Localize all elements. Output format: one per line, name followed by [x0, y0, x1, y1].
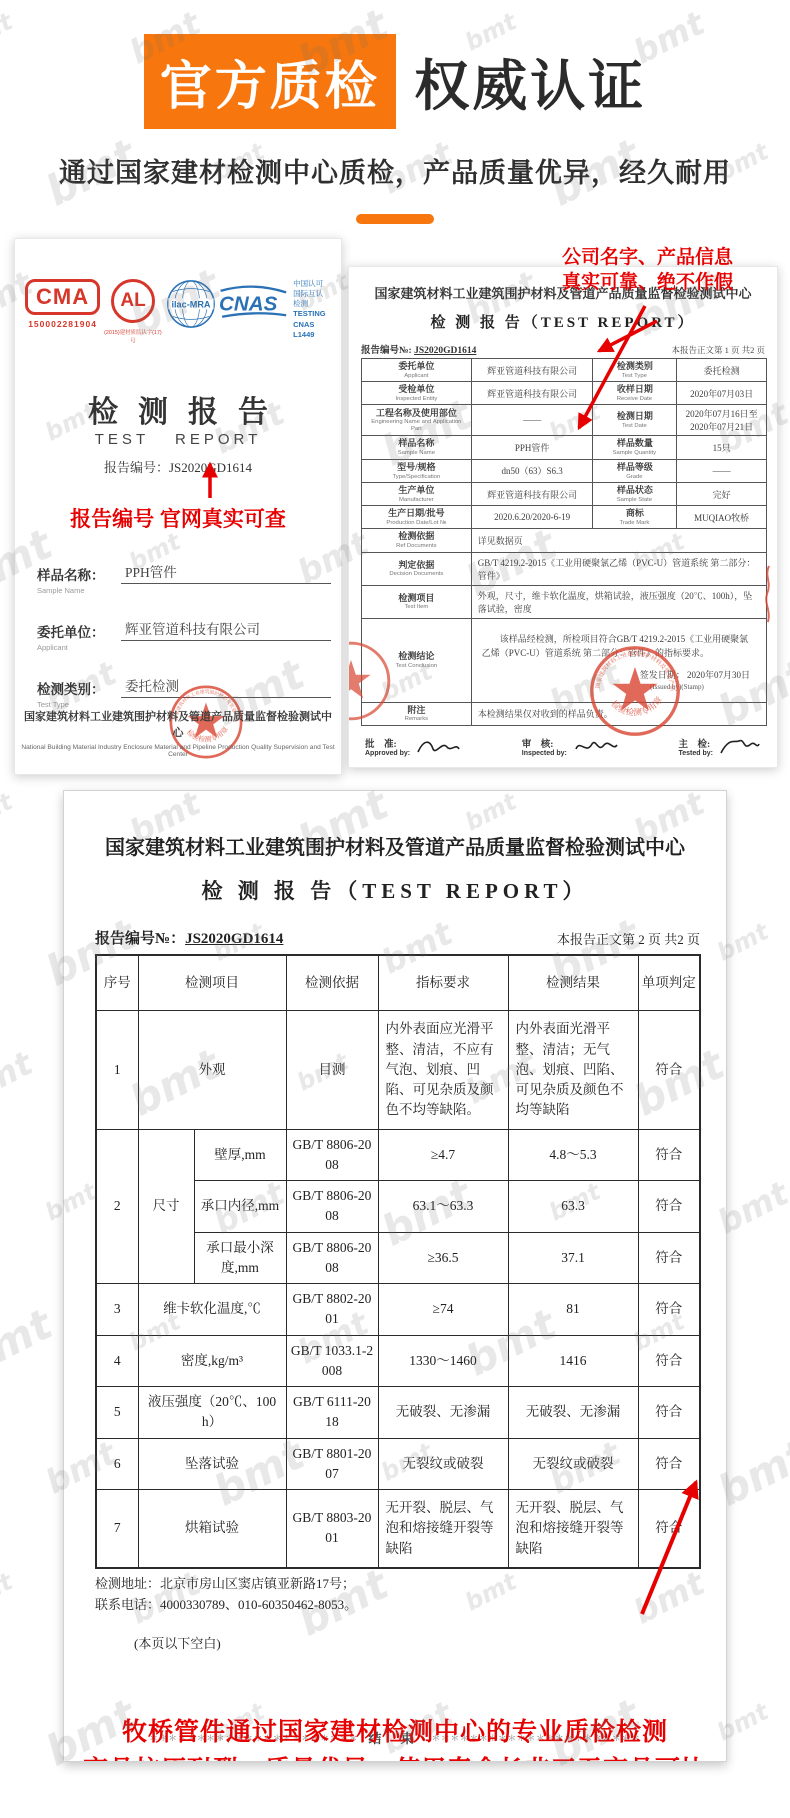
table-row-vicat: 3 维卡软化温度,℃ GB/T 8802-2001 ≥74 81 符合: [96, 1284, 700, 1336]
cover-title-en: TEST REPORT: [15, 431, 341, 448]
table-row: 受检单位Inspected Entity 辉亚管道科技有限公司 收样日期Rece…: [362, 382, 767, 405]
watermark-text: bmt: [0, 1043, 39, 1111]
table-row-wall-thickness: 2 尺寸 壁厚,mm GB/T 8806-2008 ≥4.7 4.8～5.3 符…: [96, 1129, 700, 1181]
page2-page-info: 本报告正文第 2 页 共2 页: [557, 929, 700, 948]
edge-stamp-icon: [348, 639, 393, 723]
al-logo: AL: [111, 279, 155, 323]
table-row: 生产单位Manufacturer 辉亚管道科技有限公司 样品状态Sample S…: [362, 482, 767, 505]
page1-signatures: 批 准:Approved by: 审 核:Inspected by: 主 检:T…: [365, 735, 761, 759]
red-mark-icon: [761, 562, 775, 632]
signature-icon: [717, 735, 761, 759]
tested-by: 主 检:Tested by:: [679, 735, 762, 759]
subtitle: 通过国家建材检测中心质检，产品质量优异，经久耐用: [0, 151, 790, 190]
col-header-result: 检测结果: [508, 955, 638, 1011]
cover-footer: 国家建筑材料工业建筑围护材料及管道产品质量监督检验测试中心 National B…: [21, 708, 335, 758]
authenticity-annotation: 公司名字、产品信息 真实可靠、绝不作假: [562, 246, 733, 295]
cnas-logo-block: CNAS 中国认可 国际互认 检测 TESTING CNAS L1449: [216, 279, 335, 340]
table-row: 委托单位Applicant 辉亚管道科技有限公司 检测类别Test Type 委…: [362, 359, 767, 382]
table-row: 样品名称Sample Name PPH管件 样品数量Sample Quantit…: [362, 436, 767, 459]
signature-icon: [414, 735, 462, 759]
title-highlight: 官方质检: [144, 34, 396, 129]
accreditation-logos: CMA 150002281904 AL (2015)建材质监认字(17)号: [25, 279, 335, 345]
page2-org: 国家建筑材料工业建筑围护材料及管道产品质量监督检验测试中心: [64, 831, 726, 860]
col-header-requirement: 指标要求: [378, 955, 508, 1011]
col-header-no: 序号: [96, 955, 138, 1011]
page2-title: 检 测 报 告（TEST REPORT）: [64, 875, 726, 905]
page1-info-table: 委托单位Applicant 辉亚管道科技有限公司 检测类别Test Type 委…: [361, 358, 767, 726]
page2-report-number-row: 报告编号№：JS2020GD1614 本报告正文第 2 页 共2 页: [95, 927, 700, 948]
table-header-row: 序号 检测项目 检测依据 指标要求 检测结果 单项判定: [96, 955, 700, 1011]
col-header-item: 检测项目: [138, 955, 286, 1011]
cnas-side-text: 中国认可 国际互认 检测 TESTING CNAS L1449: [293, 279, 335, 340]
watermark-text: bmt: [0, 1567, 17, 1616]
blank-note: (本页以下空白): [134, 1633, 726, 1652]
table-row: 型号/规格Type/Specification dn50（63）S6.3 样品等…: [362, 459, 767, 482]
approved-by: 批 准:Approved by:: [365, 735, 462, 759]
certificate-cover: CMA 150002281904 AL (2015)建材质监认字(17)号: [14, 238, 342, 775]
table-row-conclusion: 检测结论Test Conclusion 该样品经检测，所检项目符合GB/T 42…: [362, 618, 767, 702]
page1-title: 检 测 报 告（TEST REPORT）: [349, 311, 777, 332]
col-header-basis: 检测依据: [286, 955, 378, 1011]
marketing-annotation: 牧桥管件通过国家建材检测中心的专业质检检测 产品抗压耐裂，质量优异，使用寿命长非…: [64, 1714, 726, 1762]
ilac-mra-icon: ilac-MRA: [166, 279, 216, 334]
quality-certification-page: 官方质检 权威认证 通过国家建材检测中心质检，产品质量优异，经久耐用 CMA 1…: [0, 0, 790, 1818]
watermark-text: bmt: [0, 787, 17, 836]
table-row: 工程名称及使用部位Engineering Name and Applicatio…: [362, 405, 767, 436]
cma-logo-block: CMA 150002281904: [25, 279, 100, 329]
watermark-text: bmt: [0, 1299, 60, 1385]
table-row-oven-test: 7 烘箱试验 GB/T 8803-2001 无开裂、脱层、气泡和熔接缝开裂等缺陷…: [96, 1490, 700, 1568]
table-row-remarks: 附注Remarks 本检测结果仅对收到的样品负责。: [362, 702, 767, 725]
cover-title: 检测报告: [15, 387, 341, 431]
orange-divider: [356, 214, 434, 224]
svg-text:ilac-MRA: ilac-MRA: [171, 299, 210, 309]
test-results-table: 序号 检测项目 检测依据 指标要求 检测结果 单项判定 1 外观 目测 内外表面…: [95, 954, 701, 1569]
table-row-appearance: 1 外观 目测 内外表面应光滑平整、清洁，不应有气泡、划痕、凹陷、可见杂质及颜色…: [96, 1011, 700, 1129]
svg-text:CNAS: CNAS: [219, 293, 278, 316]
cma-number: 150002281904: [25, 319, 100, 329]
page1-page-info: 本报告正文第 1 页 共2 页: [671, 344, 765, 356]
page1-report-number-row: 报告编号№: JS2020GD1614 本报告正文第 1 页 共2 页: [361, 342, 765, 356]
table-row: 生产日期/批号Production Date/Lot № 2020.6.20/2…: [362, 506, 767, 529]
table-row-hydrostatic: 5 液压强度（20℃、100h） GB/T 6111-2018 无破裂、无渗漏 …: [96, 1387, 700, 1439]
red-arrow-icon: [618, 1470, 710, 1622]
title-rest: 权威认证: [414, 42, 646, 121]
col-header-verdict: 单项判定: [638, 955, 700, 1011]
header: 官方质检 权威认证 通过国家建材检测中心质检，产品质量优异，经久耐用: [0, 34, 790, 224]
round-stamp-icon: 国家建筑材料工业建筑围护材料及管道产品质量监督检验测试中心 检验检测专用章: [587, 643, 683, 739]
certificate-page1: 国家建筑材料工业建筑围护材料及管道产品质量监督检验测试中心 检 测 报 告（TE…: [348, 266, 778, 768]
field-sample-name: 样品名称： PPH管件 Sample Name: [37, 561, 331, 595]
table-row-density: 4 密度,kg/m³ GB/T 1033.1-2008 1330～1460 14…: [96, 1335, 700, 1387]
cma-logo: CMA: [25, 279, 100, 315]
report-number-annotation: 报告编号 官网真实可查: [15, 503, 341, 533]
cover-report-number: 报告编号：JS2020GD1614: [15, 457, 341, 476]
table-row: 判定依据Decision Documents GB/T 4219.2-2015《…: [362, 552, 767, 585]
table-row: 检测依据Ref Documents 详见数据页: [362, 529, 767, 552]
al-logo-block: AL (2015)建材质监认字(17)号: [100, 279, 166, 345]
table-row: 检测项目Test Item 外观，尺寸，维卡软化温度，烘箱试验，液压强度（20℃…: [362, 585, 767, 618]
red-arrow-icon: [198, 456, 222, 502]
table-row-drop-test: 6 坠落试验 GB/T 8801-2007 无裂纹或破裂 无裂纹或破裂 符合: [96, 1438, 700, 1490]
red-arrow-icon: [565, 300, 655, 440]
page-title: 官方质检 权威认证: [0, 34, 790, 129]
field-applicant: 委托单位： 辉亚管道科技有限公司 Applicant: [37, 618, 331, 652]
cnas-logo: CNAS: [216, 279, 289, 321]
al-caption: (2015)建材质监认字(17)号: [103, 328, 162, 344]
